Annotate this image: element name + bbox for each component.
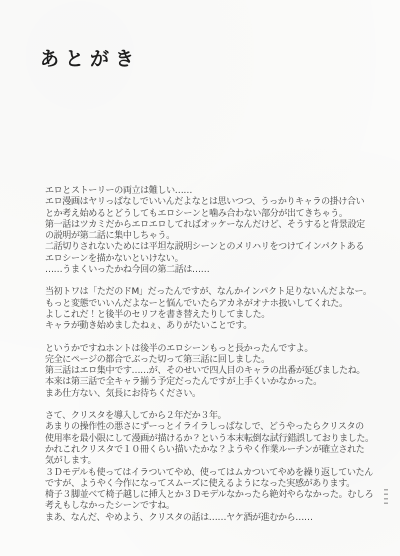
text-line: 二話切りされないためには平坦な説明シーンとのメリハリをつけてインパクトある: [45, 242, 385, 253]
paragraph: というかですねホントは後半のエロシーンもっと長かったんですよ。完全にページの都合…: [45, 344, 385, 400]
afterword-body-text: エロとストーリーの両立は難しい……エロ漫画はヤリっぱなしでいいんだよなとは思いつ…: [45, 186, 385, 535]
text-line: エロ漫画はヤリっぱなしでいいんだよなとは思いつつ、うっかりキャラの掛け合い: [45, 197, 385, 208]
text-line: 考えもしなかったシーンですね。: [45, 501, 385, 512]
text-line: の説明が第二話に集中しちゃう。: [45, 231, 385, 242]
text-line: ですが、ようやく今作になってスムーズに使えるようになった実感があります。: [45, 479, 385, 490]
paragraph: エロとストーリーの両立は難しい……エロ漫画はヤリっぱなしでいいんだよなとは思いつ…: [45, 186, 385, 276]
text-line: 使用率を最小限にして漫画が描けるか？という本末転倒な試行錯誤しておりました。: [45, 434, 385, 445]
page-number-mark: [384, 489, 388, 506]
text-line: 椅子３脚並べて椅子越しに挿入とか３Ｄモデルなかったら絶対やらなかった。むしろ: [45, 490, 385, 501]
afterword-page: あとがき エロとストーリーの両立は難しい……エロ漫画はヤリっぱなしでいいんだよな…: [0, 0, 400, 556]
text-line: 第三話はエロ集中です……が、そのせいで四人目のキャラの出番が延びましたね。: [45, 366, 385, 377]
text-line: ３Ｄモデルも使ってはイラついてやめ、使ってはムカついてやめを繰り返していたん: [45, 468, 385, 479]
text-line: まあ仕方ない、気長にお待ちください。: [45, 389, 385, 400]
text-line: エロシーンを描かないといけない。: [45, 254, 385, 265]
page-title: あとがき: [40, 44, 140, 71]
text-line: 本来は第三話で全キャラ揃う予定だったんですが上手くいかなかった。: [45, 377, 385, 388]
text-line: 完全にページの都合でぶった切って第三話に回しました。: [45, 355, 385, 366]
text-line: キャラが動き始めましたねぇ、ありがたいことです。: [45, 321, 385, 332]
text-line: とか考え始めるとどうしてもエロシーンと噛み合わない部分が出てきちゃう。: [45, 209, 385, 220]
text-line: エロとストーリーの両立は難しい……: [45, 186, 385, 197]
text-line: さて、クリスタを導入してから２年だか３年。: [45, 411, 385, 422]
text-line: あまりの操作性の悪さにずーっとイライラしっぱなしで、どうやったらクリスタの: [45, 422, 385, 433]
paragraph: 当初トワは「ただのドM」だったんですが、なんかインパクト足りないんだよなー。もっ…: [45, 287, 385, 332]
text-line: 当初トワは「ただのドM」だったんですが、なんかインパクト足りないんだよなー。: [45, 287, 385, 298]
text-line: まあ、なんだ、やめよう、クリスタの話は……ヤケ酒が進むから……: [45, 513, 385, 524]
paragraph: さて、クリスタを導入してから２年だか３年。あまりの操作性の悪さにずーっとイライラ…: [45, 411, 385, 524]
text-line: よしこれだ！と後半のセリフを書き替えたりしてました。: [45, 310, 385, 321]
text-line: 気がします。: [45, 456, 385, 467]
text-line: もっと変態でいいんだよなーと悩んでいたらアカネがオナホ扱いしてくれた。: [45, 299, 385, 310]
text-line: 第一話はツカミだからエロエロしてればオッケーなんだけど、そうすると背景設定: [45, 220, 385, 231]
text-line: というかですねホントは後半のエロシーンもっと長かったんですよ。: [45, 344, 385, 355]
text-line: ……うまくいったかね今回の第二話は……: [45, 265, 385, 276]
text-line: かれこれクリスタで１０冊くらい描いたかな？ようやく作業ルーチンが確立された: [45, 445, 385, 456]
